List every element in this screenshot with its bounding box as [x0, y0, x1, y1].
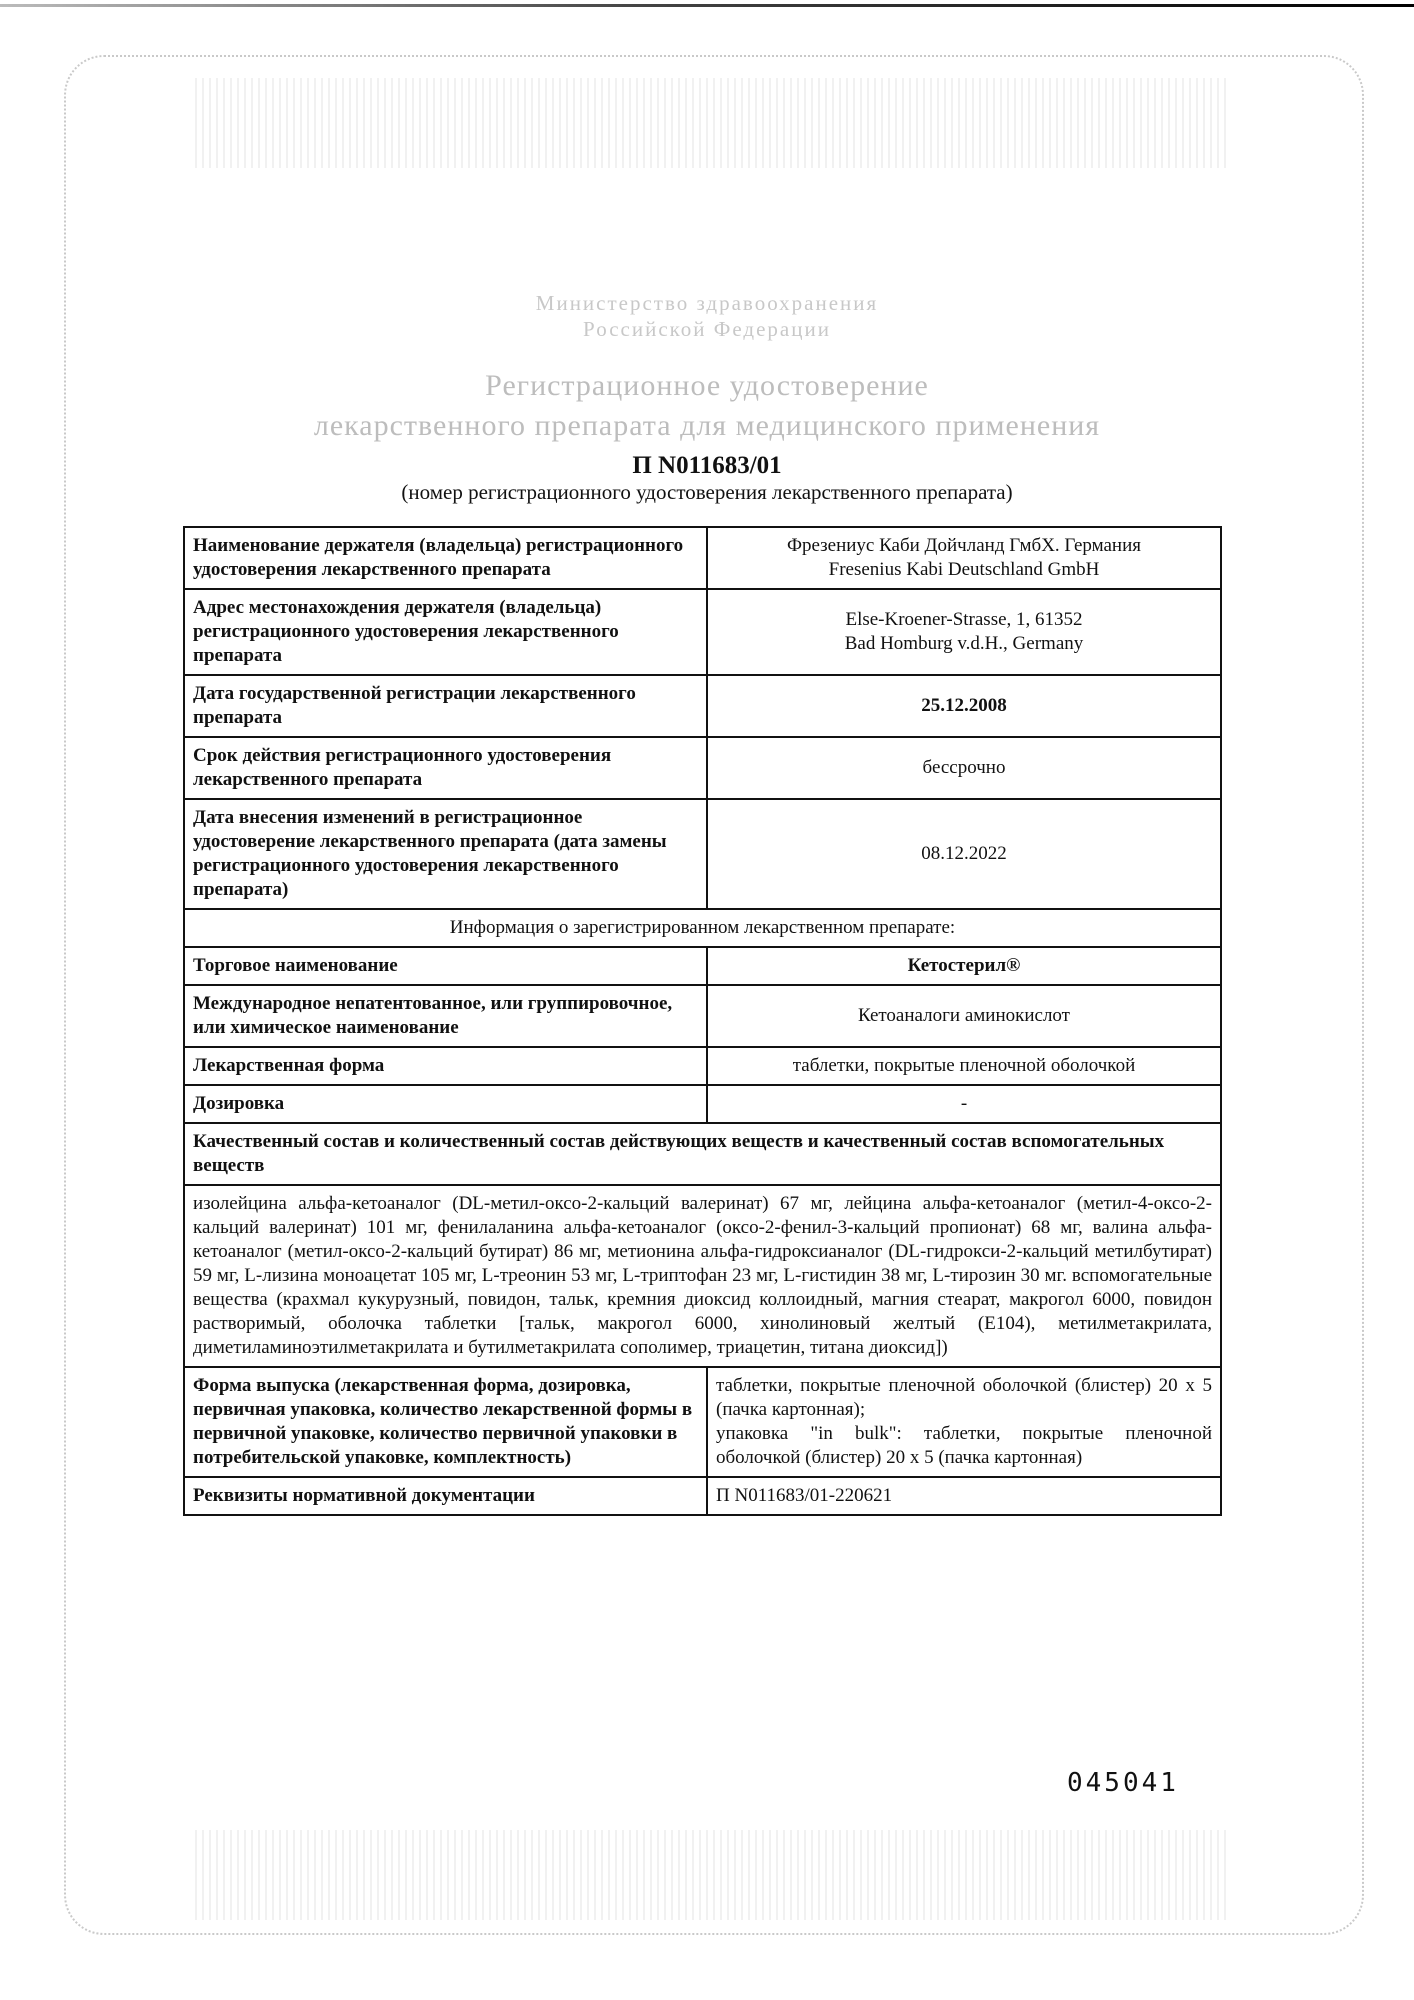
holder-address-label: Адрес местонахождения держателя (владель… [184, 589, 707, 675]
table-row-registration-date: Дата государственной регистрации лекарст… [184, 675, 1221, 737]
dosage-form-label: Лекарственная форма [184, 1047, 707, 1085]
inn-value: Кетоаналоги аминокислот [707, 985, 1221, 1047]
release-form-line-2: упаковка "in bulk": таблетки, покрытые п… [716, 1422, 1212, 1470]
registration-date-label: Дата государственной регистрации лекарст… [184, 675, 707, 737]
table-row-dosage: Дозировка - [184, 1085, 1221, 1123]
ministry-line-1: Министерство здравоохранения [0, 290, 1414, 316]
release-form-line-1: таблетки, покрытые пленочной оболочкой (… [716, 1374, 1212, 1422]
registration-date-value: 25.12.2008 [707, 675, 1221, 737]
table-row-change-date: Дата внесения изменений в регистрационно… [184, 799, 1221, 909]
composition-title: Качественный состав и количественный сос… [184, 1123, 1221, 1185]
dosage-label: Дозировка [184, 1085, 707, 1123]
table-row-inn: Международное непатентованное, или групп… [184, 985, 1221, 1047]
table-row-holder-address: Адрес местонахождения держателя (владель… [184, 589, 1221, 675]
certificate-number: П N011683/01 [0, 452, 1414, 480]
table-row-composition-text: изолейцина альфа-кетоаналог (DL-метил-ок… [184, 1185, 1221, 1367]
release-form-label: Форма выпуска (лекарственная форма, дози… [184, 1367, 707, 1477]
table-row-composition-title: Качественный состав и количественный сос… [184, 1123, 1221, 1185]
form-serial-number: 045041 [1067, 1768, 1179, 1798]
trade-name-label: Торговое наименование [184, 947, 707, 985]
normative-docs-label: Реквизиты нормативной документации [184, 1477, 707, 1515]
normative-docs-value: П N011683/01-220621 [707, 1477, 1221, 1515]
table-row-trade-name: Торговое наименование Кетостерил® [184, 947, 1221, 985]
holder-name-en: Fresenius Kabi Deutschland GmbH [716, 558, 1212, 582]
holder-address-line-1: Else-Kroener-Strasse, 1, 61352 [716, 608, 1212, 632]
table-row-release-form: Форма выпуска (лекарственная форма, дози… [184, 1367, 1221, 1477]
ministry-line-2: Российской Федерации [0, 316, 1414, 342]
release-form-value: таблетки, покрытые пленочной оболочкой (… [707, 1367, 1221, 1477]
decorative-guilloche-bottom [195, 1830, 1230, 1920]
table-row-normative-docs: Реквизиты нормативной документации П N01… [184, 1477, 1221, 1515]
certificate-title-line-1: Регистрационное удостоверение [0, 366, 1414, 406]
decorative-guilloche-top [195, 78, 1230, 168]
validity-value: бессрочно [707, 737, 1221, 799]
info-section-title: Информация о зарегистрированном лекарств… [184, 909, 1221, 947]
change-date-value: 08.12.2022 [707, 799, 1221, 909]
certificate-title-line-2: лекарственного препарата для медицинског… [0, 406, 1414, 446]
validity-label: Срок действия регистрационного удостовер… [184, 737, 707, 799]
certificate-title: Регистрационное удостоверение лекарствен… [0, 366, 1414, 446]
table-row-validity: Срок действия регистрационного удостовер… [184, 737, 1221, 799]
dosage-value: - [707, 1085, 1221, 1123]
inn-label: Международное непатентованное, или групп… [184, 985, 707, 1047]
certificate-number-caption: (номер регистрационного удостоверения ле… [0, 480, 1414, 505]
dosage-form-value: таблетки, покрытые пленочной оболочкой [707, 1047, 1221, 1085]
holder-address-line-2: Bad Homburg v.d.H., Germany [716, 632, 1212, 656]
registration-table: Наименование держателя (владельца) регис… [183, 526, 1222, 1516]
change-date-label: Дата внесения изменений в регистрационно… [184, 799, 707, 909]
scan-top-edge [0, 4, 1414, 7]
table-row-dosage-form: Лекарственная форма таблетки, покрытые п… [184, 1047, 1221, 1085]
holder-address-value: Else-Kroener-Strasse, 1, 61352 Bad Hombu… [707, 589, 1221, 675]
ministry-heading: Министерство здравоохранения Российской … [0, 290, 1414, 342]
holder-name-ru: Фрезениус Каби Дойчланд ГмбХ. Германия [716, 534, 1212, 558]
table-row-info-section: Информация о зарегистрированном лекарств… [184, 909, 1221, 947]
trade-name-value: Кетостерил® [707, 947, 1221, 985]
holder-name-label: Наименование держателя (владельца) регис… [184, 527, 707, 589]
holder-name-value: Фрезениус Каби Дойчланд ГмбХ. Германия F… [707, 527, 1221, 589]
table-row-holder-name: Наименование держателя (владельца) регис… [184, 527, 1221, 589]
composition-text: изолейцина альфа-кетоаналог (DL-метил-ок… [184, 1185, 1221, 1367]
